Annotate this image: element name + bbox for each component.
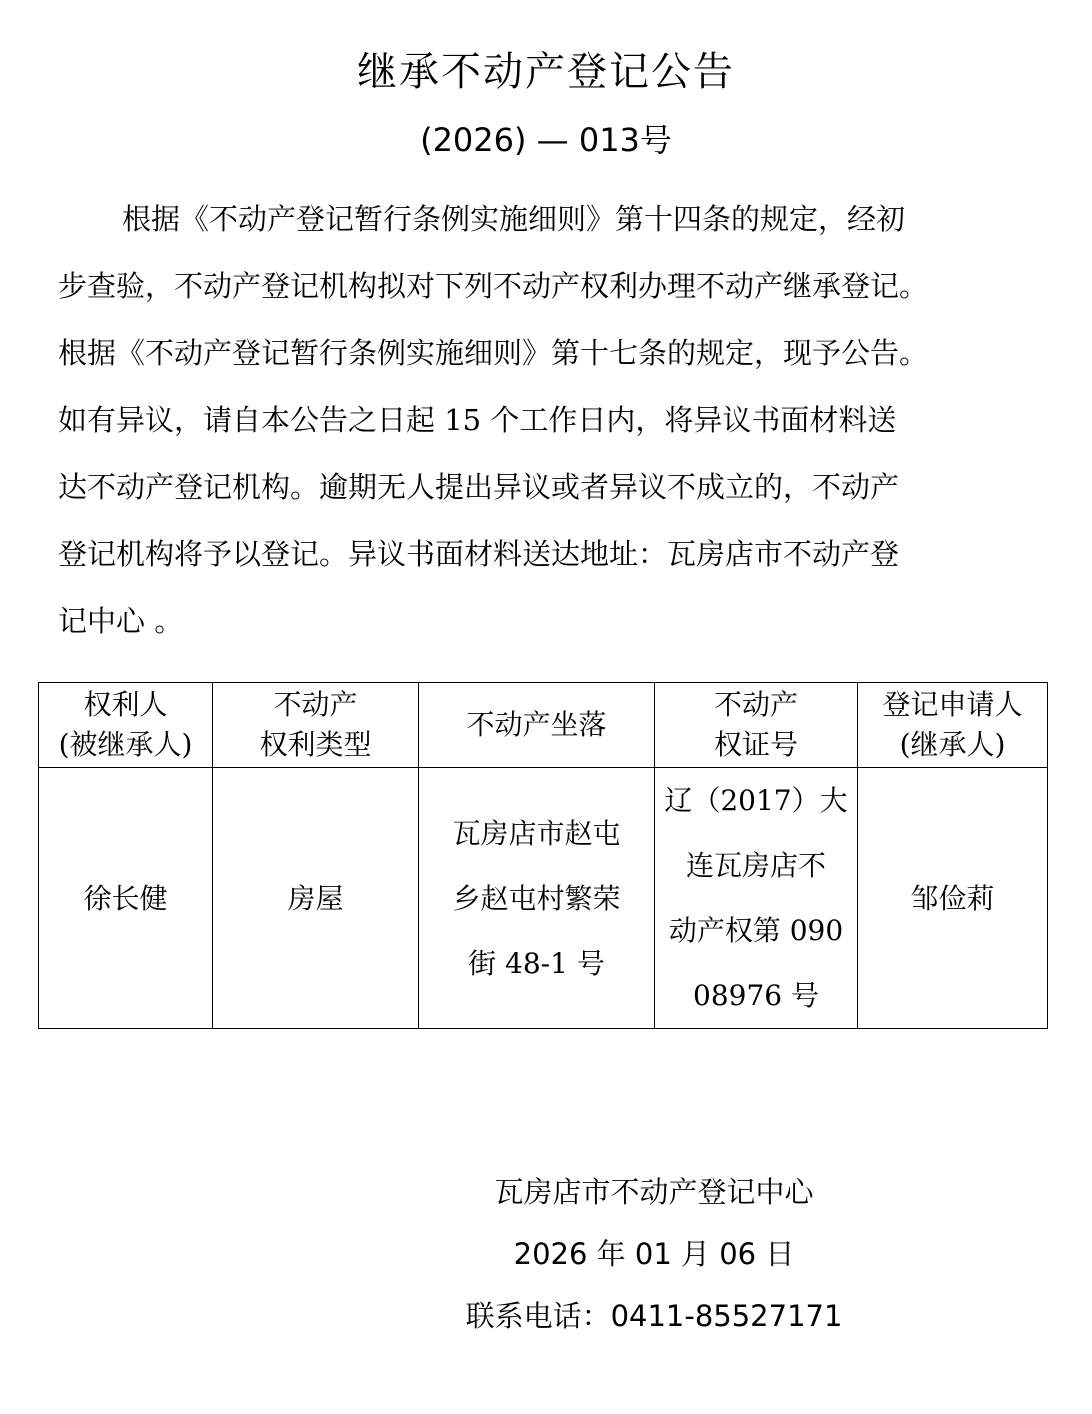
notice-number: (2026) — 013号 xyxy=(0,116,1092,164)
body-line: 达不动产登记机构。逾期无人提出异议或者异议不成立的，不动产 xyxy=(58,454,1034,521)
header-certificate: 不动产 权证号 xyxy=(655,683,858,768)
issuing-organization: 瓦房店市不动产登记中心 xyxy=(218,1172,1090,1212)
body-line: 登记机构将予以登记。异议书面材料送达地址：瓦房店市不动产登 xyxy=(58,521,1034,588)
table-header-row: 权利人 (被继承人) 不动产 权利类型 不动产坐落 不动产 权证号 登记申请人 … xyxy=(39,683,1048,768)
cell-right-type: 房屋 xyxy=(213,768,419,1029)
cell-certificate: 辽（2017）大 连瓦房店不 动产权第 090 08976 号 xyxy=(655,768,858,1029)
cell-applicant: 邹俭莉 xyxy=(858,768,1048,1029)
body-line: 根据《不动产登记暂行条例实施细则》第十七条的规定，现予公告。 xyxy=(58,320,1034,387)
table-row: 徐长健 房屋 瓦房店市赵屯 乡赵屯村繁荣 街 48-1 号 辽（2017）大 连… xyxy=(39,768,1048,1029)
issue-date: 2026 年 01 月 06 日 xyxy=(218,1234,1090,1274)
cell-holder: 徐长健 xyxy=(39,768,213,1029)
contact-phone: 联系电话：0411-85527171 xyxy=(218,1296,1090,1336)
cell-location: 瓦房店市赵屯 乡赵屯村繁荣 街 48-1 号 xyxy=(419,768,655,1029)
header-location: 不动产坐落 xyxy=(419,683,655,768)
inheritance-record-table: 权利人 (被继承人) 不动产 权利类型 不动产坐落 不动产 权证号 登记申请人 … xyxy=(38,682,1048,1029)
notice-title: 继承不动产登记公告 xyxy=(0,44,1092,100)
body-line: 记中心 。 xyxy=(58,588,1034,655)
body-line: 如有异议，请自本公告之日起 15 个工作日内，将异议书面材料送 xyxy=(58,387,1034,454)
header-holder: 权利人 (被继承人) xyxy=(39,683,213,768)
body-line: 根据《不动产登记暂行条例实施细则》第十四条的规定，经初 xyxy=(58,186,1034,253)
body-line: 步查验，不动产登记机构拟对下列不动产权利办理不动产继承登记。 xyxy=(58,253,1034,320)
header-right-type: 不动产 权利类型 xyxy=(213,683,419,768)
notice-body: 根据《不动产登记暂行条例实施细则》第十四条的规定，经初 步查验，不动产登记机构拟… xyxy=(58,186,1034,655)
header-applicant: 登记申请人 (继承人) xyxy=(858,683,1048,768)
